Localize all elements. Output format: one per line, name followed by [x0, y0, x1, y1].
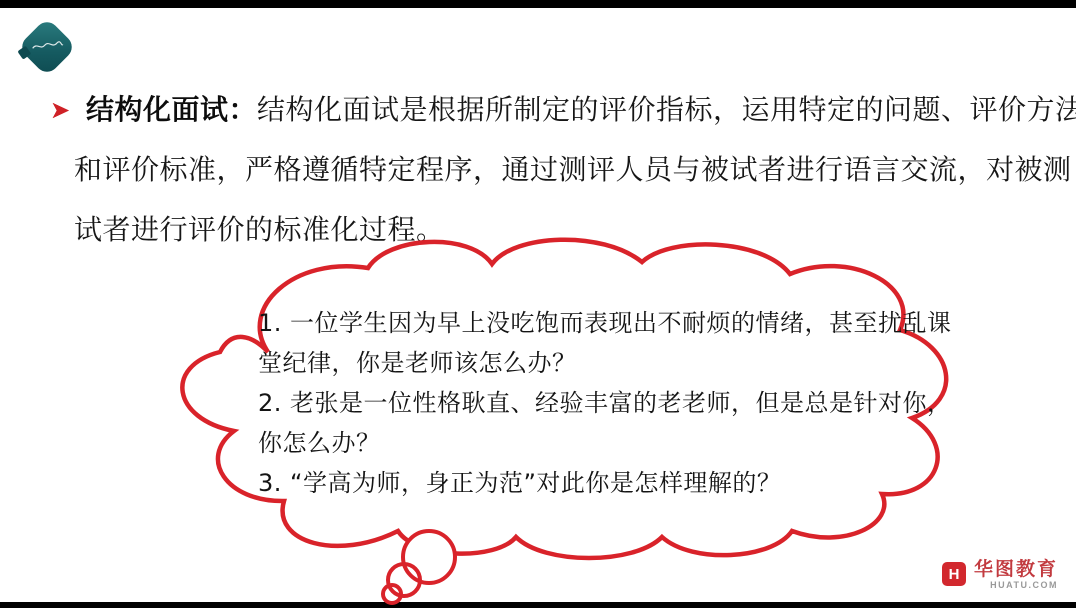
bubble-question-1-line-2: 堂纪律，你是老师该怎么办？ [258, 343, 898, 383]
bubble-question-2-line-2: 你怎么办？ [258, 423, 898, 463]
bubble-question-2-line-1: 2. 老张是一位性格耿直、经验丰富的老老师，但是总是针对你， [258, 383, 898, 423]
huatu-logo-mark-icon: H [942, 562, 966, 586]
huatu-logo: H 华图教育 HUATU.COM [942, 560, 1058, 596]
thought-tail-circle-large [403, 531, 455, 583]
huatu-domain-text: HUATU.COM [990, 580, 1058, 591]
huatu-brand-text: 华图教育 [974, 560, 1058, 580]
bubble-question-1-line-1: 1. 一位学生因为早上没吃饱而表现出不耐烦的情绪，甚至扰乱课 [258, 303, 898, 343]
bubble-questions: 1. 一位学生因为早上没吃饱而表现出不耐烦的情绪，甚至扰乱课 堂纪律，你是老师该… [258, 303, 898, 503]
huatu-logo-text: 华图教育 HUATU.COM [974, 560, 1058, 591]
bubble-question-3: 3. “学高为师，身正为范”对此你是怎样理解的？ [258, 463, 898, 503]
